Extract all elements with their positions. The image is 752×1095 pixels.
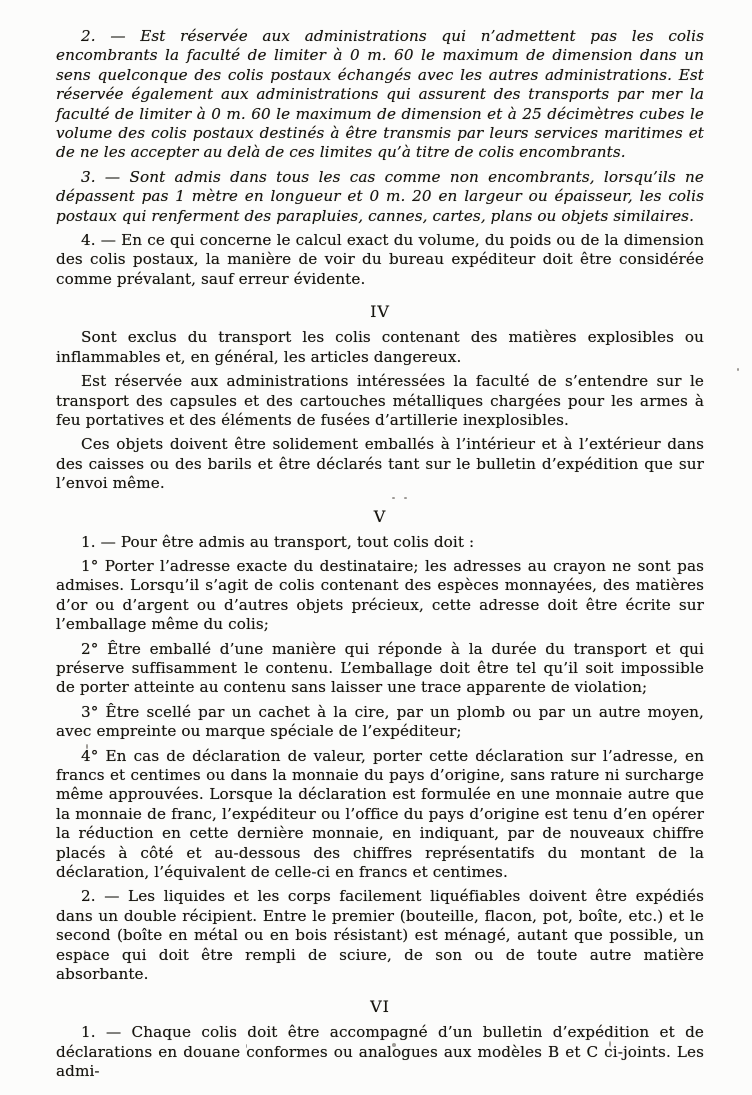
document-body: 2. — Est réservée aux administrations qu… [56,22,704,1082]
section-heading: IV [56,302,704,321]
paragraph: 2. — Est réservée aux administrations qu… [56,27,704,163]
scanned-book-page: { "page": { "background_color": "#fcfcfb… [0,0,752,1095]
paragraph: 1. — Chaque colis doit être accompagné d… [56,1023,704,1081]
scan-speck [737,368,739,371]
paragraph: Ces objets doivent être solidement embal… [56,435,704,493]
paragraph: Est réservée aux administrations intéres… [56,372,704,430]
paragraph: 3. — Sont admis dans tous les cas comme … [56,168,704,226]
paragraph: 2. — Les liquides et les corps facilemen… [56,887,704,984]
scan-speck [88,586,90,591]
scan-speck [392,497,395,499]
scan-speck [84,950,86,955]
paragraph: 2° Être emballé d’une manière qui répond… [56,640,704,698]
section-heading: VI [56,997,704,1016]
paragraph: 4. — En ce qui concerne le calcul exact … [56,231,704,289]
scan-speck [609,1041,611,1047]
paragraph: 4° En cas de déclaration de valeur, port… [56,747,704,883]
scan-speck [404,497,407,499]
paragraph: Sont exclus du transport les colis conte… [56,328,704,367]
paragraph: 3° Être scellé par un cachet à la cire, … [56,703,704,742]
paragraph: 1° Porter l’adresse exacte du destinatai… [56,557,704,635]
scan-speck [246,1044,247,1048]
scan-speck [86,744,88,749]
section-heading: V [56,507,704,526]
paragraph: 1. — Pour être admis au transport, tout … [56,533,704,552]
scan-speck [392,1043,396,1047]
